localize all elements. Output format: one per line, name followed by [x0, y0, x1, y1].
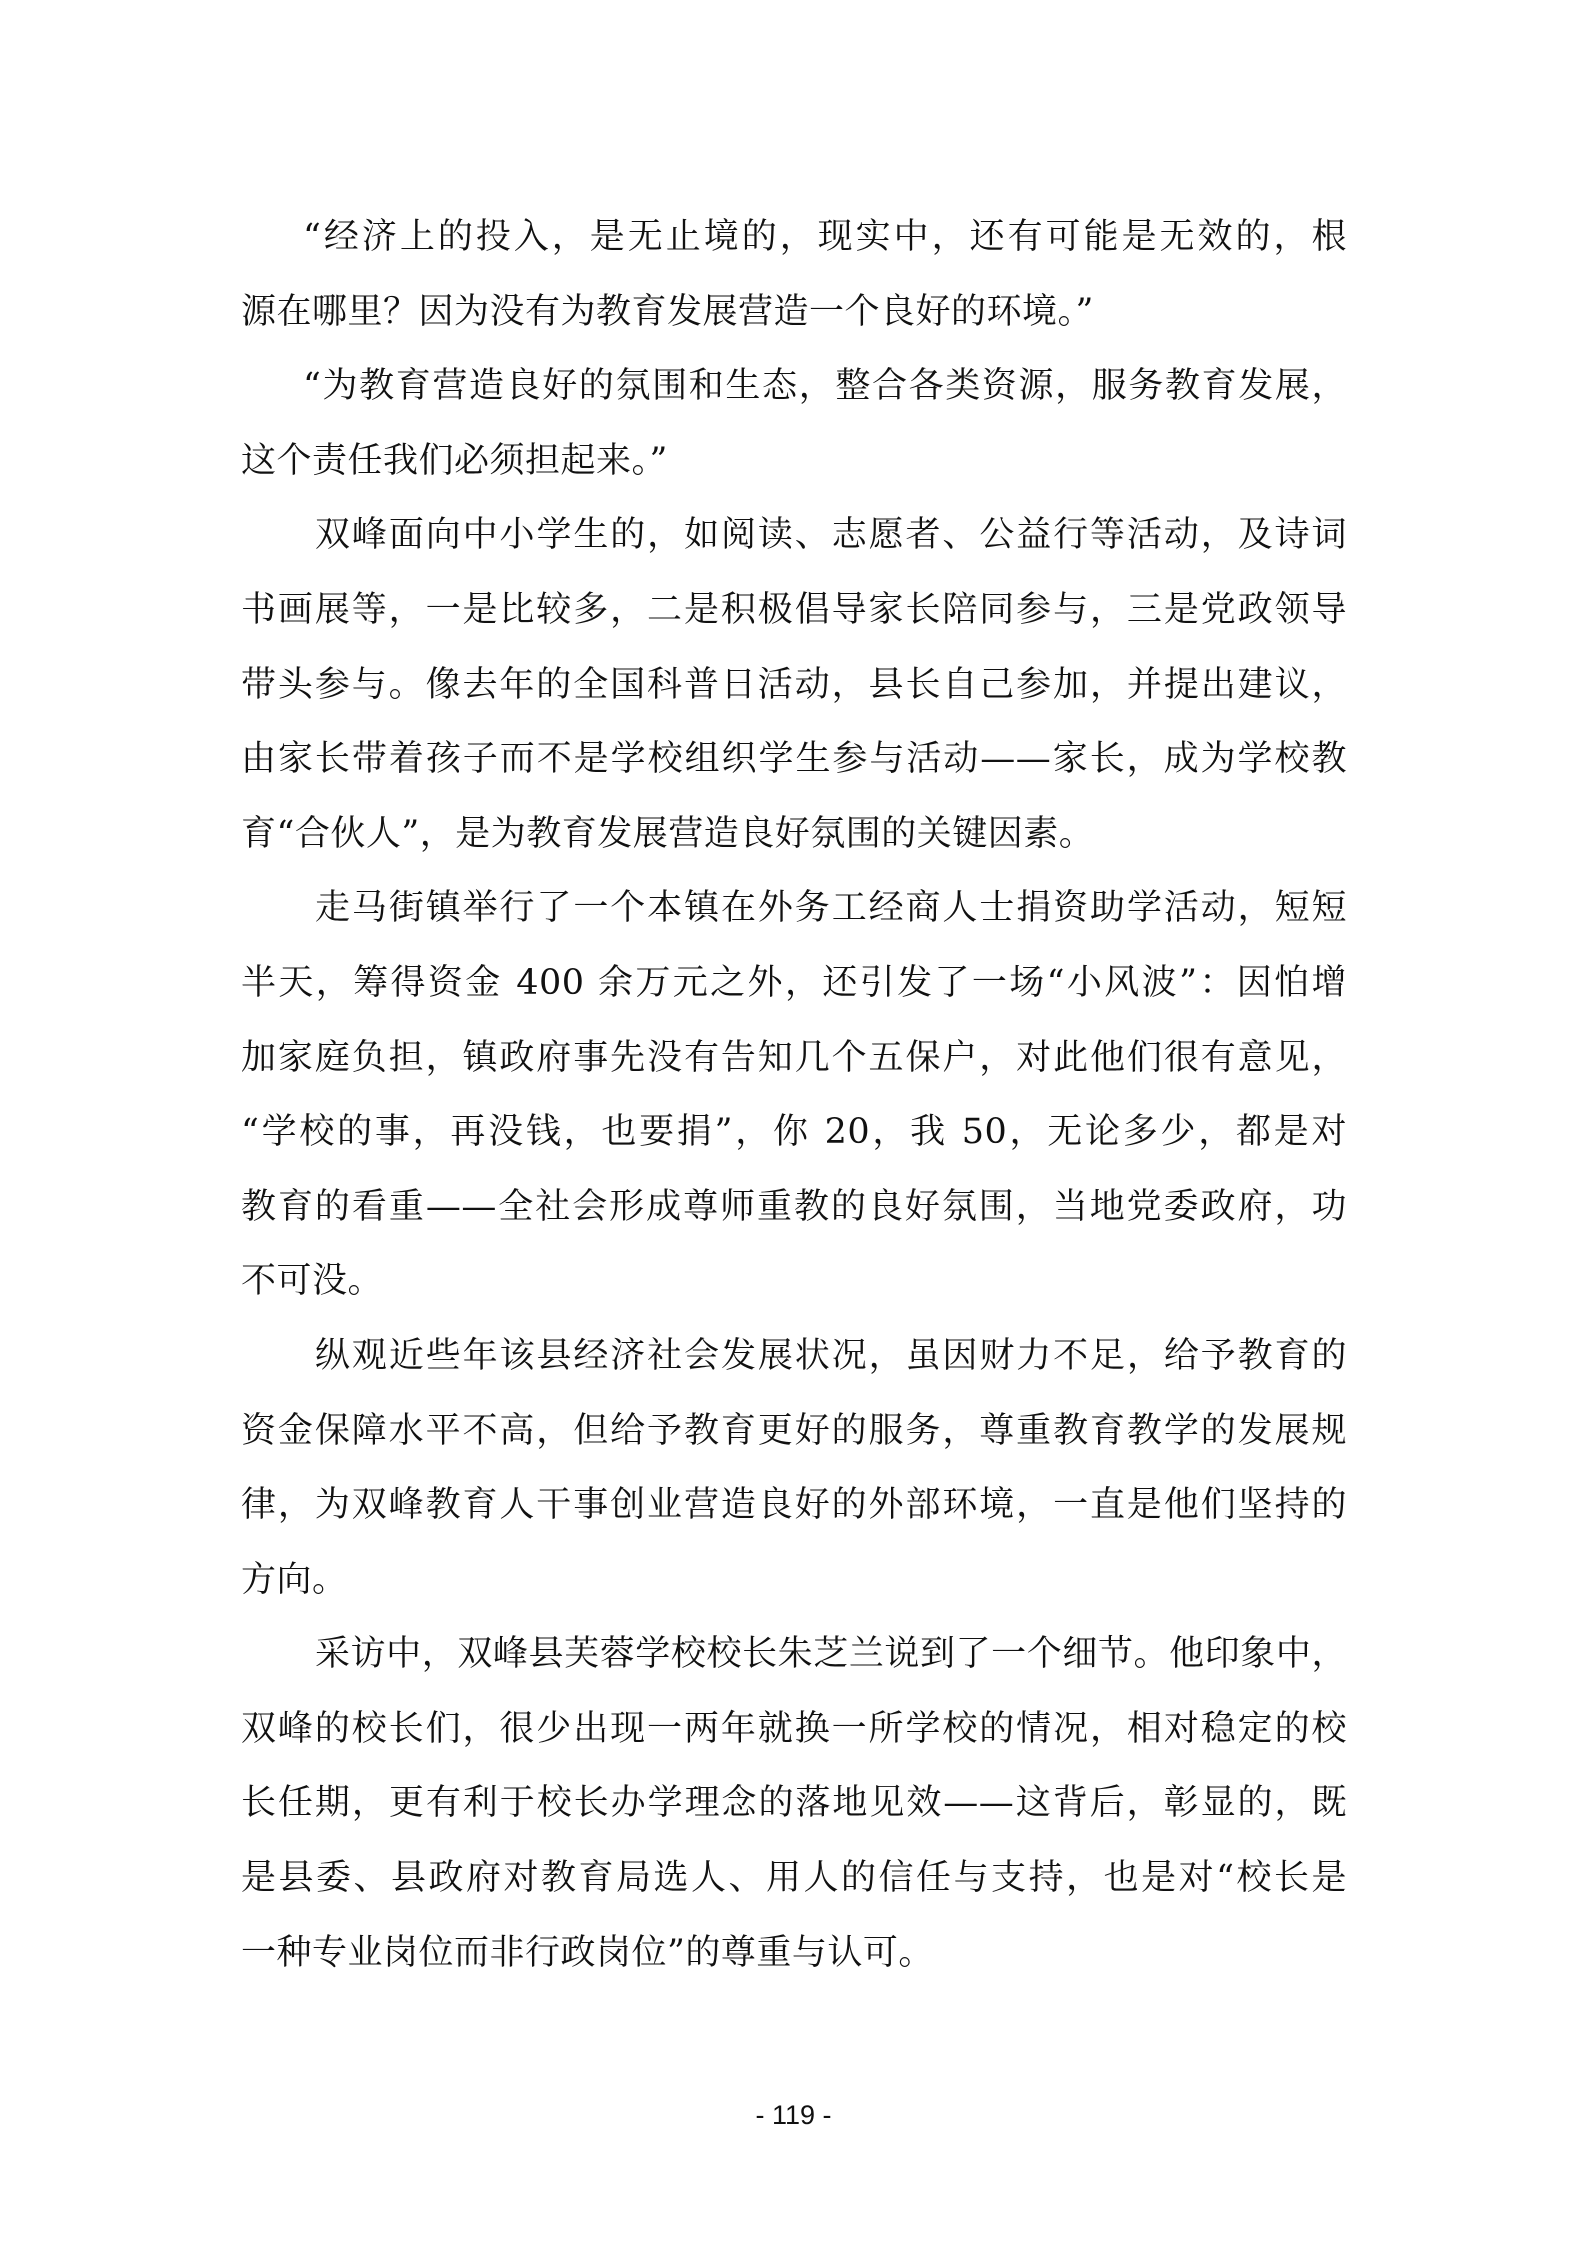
text-line: 加家庭负担，镇政府事先没有告知几个五保户，对此他们很有意见， — [241, 1021, 1347, 1096]
document-page: “经济上的投入，是无止境的，现实中，还有可能是无效的，根 源在哪里？因为没有为教… — [0, 0, 1587, 2245]
paragraph-4: 走马街镇举行了一个本镇在外务工经商人士捐资助学活动，短短 半天，筹得资金 400… — [241, 871, 1347, 1319]
text-line: 由家长带着孩子而不是学校组织学生参与活动——家长，成为学校教 — [241, 722, 1347, 797]
text-line: 律，为双峰教育人干事创业营造良好的外部环境，一直是他们坚持的 — [241, 1468, 1347, 1543]
text-line: 带头参与。像去年的全国科普日活动，县长自己参加，并提出建议， — [241, 648, 1347, 723]
text-line: 半天，筹得资金 400 余万元之外，还引发了一场“小风波”：因怕增 — [241, 946, 1347, 1021]
paragraph-6: 采访中，双峰县芙蓉学校校长朱芝兰说到了一个细节。他印象中， 双峰的校长们，很少出… — [241, 1617, 1347, 1990]
text-line: 纵观近些年该县经济社会发展状况，虽因财力不足，给予教育的 — [241, 1319, 1347, 1394]
text-line: 方向。 — [241, 1543, 1347, 1618]
text-line: 教育的看重——全社会形成尊师重教的良好氛围，当地党委政府，功 — [241, 1170, 1347, 1245]
text-line: 书画展等，一是比较多，二是积极倡导家长陪同参与，三是党政领导 — [241, 573, 1347, 648]
text-line: 长任期，更有利于校长办学理念的落地见效——这背后，彰显的，既 — [241, 1766, 1347, 1841]
text-line: 双峰的校长们，很少出现一两年就换一所学校的情况，相对稳定的校 — [241, 1692, 1347, 1767]
text-line: 双峰面向中小学生的，如阅读、志愿者、公益行等活动，及诗词 — [241, 498, 1347, 573]
body-text: “经济上的投入，是无止境的，现实中，还有可能是无效的，根 源在哪里？因为没有为教… — [241, 200, 1347, 1990]
text-line: “学校的事，再没钱，也要捐”，你 20，我 50，无论多少，都是对 — [241, 1095, 1347, 1170]
page-number: - 119 - — [0, 2098, 1587, 2132]
text-line: 采访中，双峰县芙蓉学校校长朱芝兰说到了一个细节。他印象中， — [241, 1617, 1347, 1692]
text-line: 一种专业岗位而非行政岗位”的尊重与认可。 — [241, 1916, 1347, 1991]
text-line: “经济上的投入，是无止境的，现实中，还有可能是无效的，根 — [241, 200, 1347, 275]
text-line: 资金保障水平不高，但给予教育更好的服务，尊重教育教学的发展规 — [241, 1394, 1347, 1469]
text-line: 育“合伙人”，是为教育发展营造良好氛围的关键因素。 — [241, 797, 1347, 872]
text-line: 走马街镇举行了一个本镇在外务工经商人士捐资助学活动，短短 — [241, 871, 1347, 946]
text-line: 源在哪里？因为没有为教育发展营造一个良好的环境。” — [241, 275, 1347, 350]
text-line: 这个责任我们必须担起来。” — [241, 424, 1347, 499]
text-line: “为教育营造良好的氛围和生态，整合各类资源，服务教育发展， — [241, 349, 1347, 424]
text-line: 是县委、县政府对教育局选人、用人的信任与支持，也是对“校长是 — [241, 1841, 1347, 1916]
text-line: 不可没。 — [241, 1244, 1347, 1319]
paragraph-5: 纵观近些年该县经济社会发展状况，虽因财力不足，给予教育的 资金保障水平不高，但给… — [241, 1319, 1347, 1617]
paragraph-1: “经济上的投入，是无止境的，现实中，还有可能是无效的，根 源在哪里？因为没有为教… — [241, 200, 1347, 349]
paragraph-3: 双峰面向中小学生的，如阅读、志愿者、公益行等活动，及诗词 书画展等，一是比较多，… — [241, 498, 1347, 871]
paragraph-2: “为教育营造良好的氛围和生态，整合各类资源，服务教育发展， 这个责任我们必须担起… — [241, 349, 1347, 498]
